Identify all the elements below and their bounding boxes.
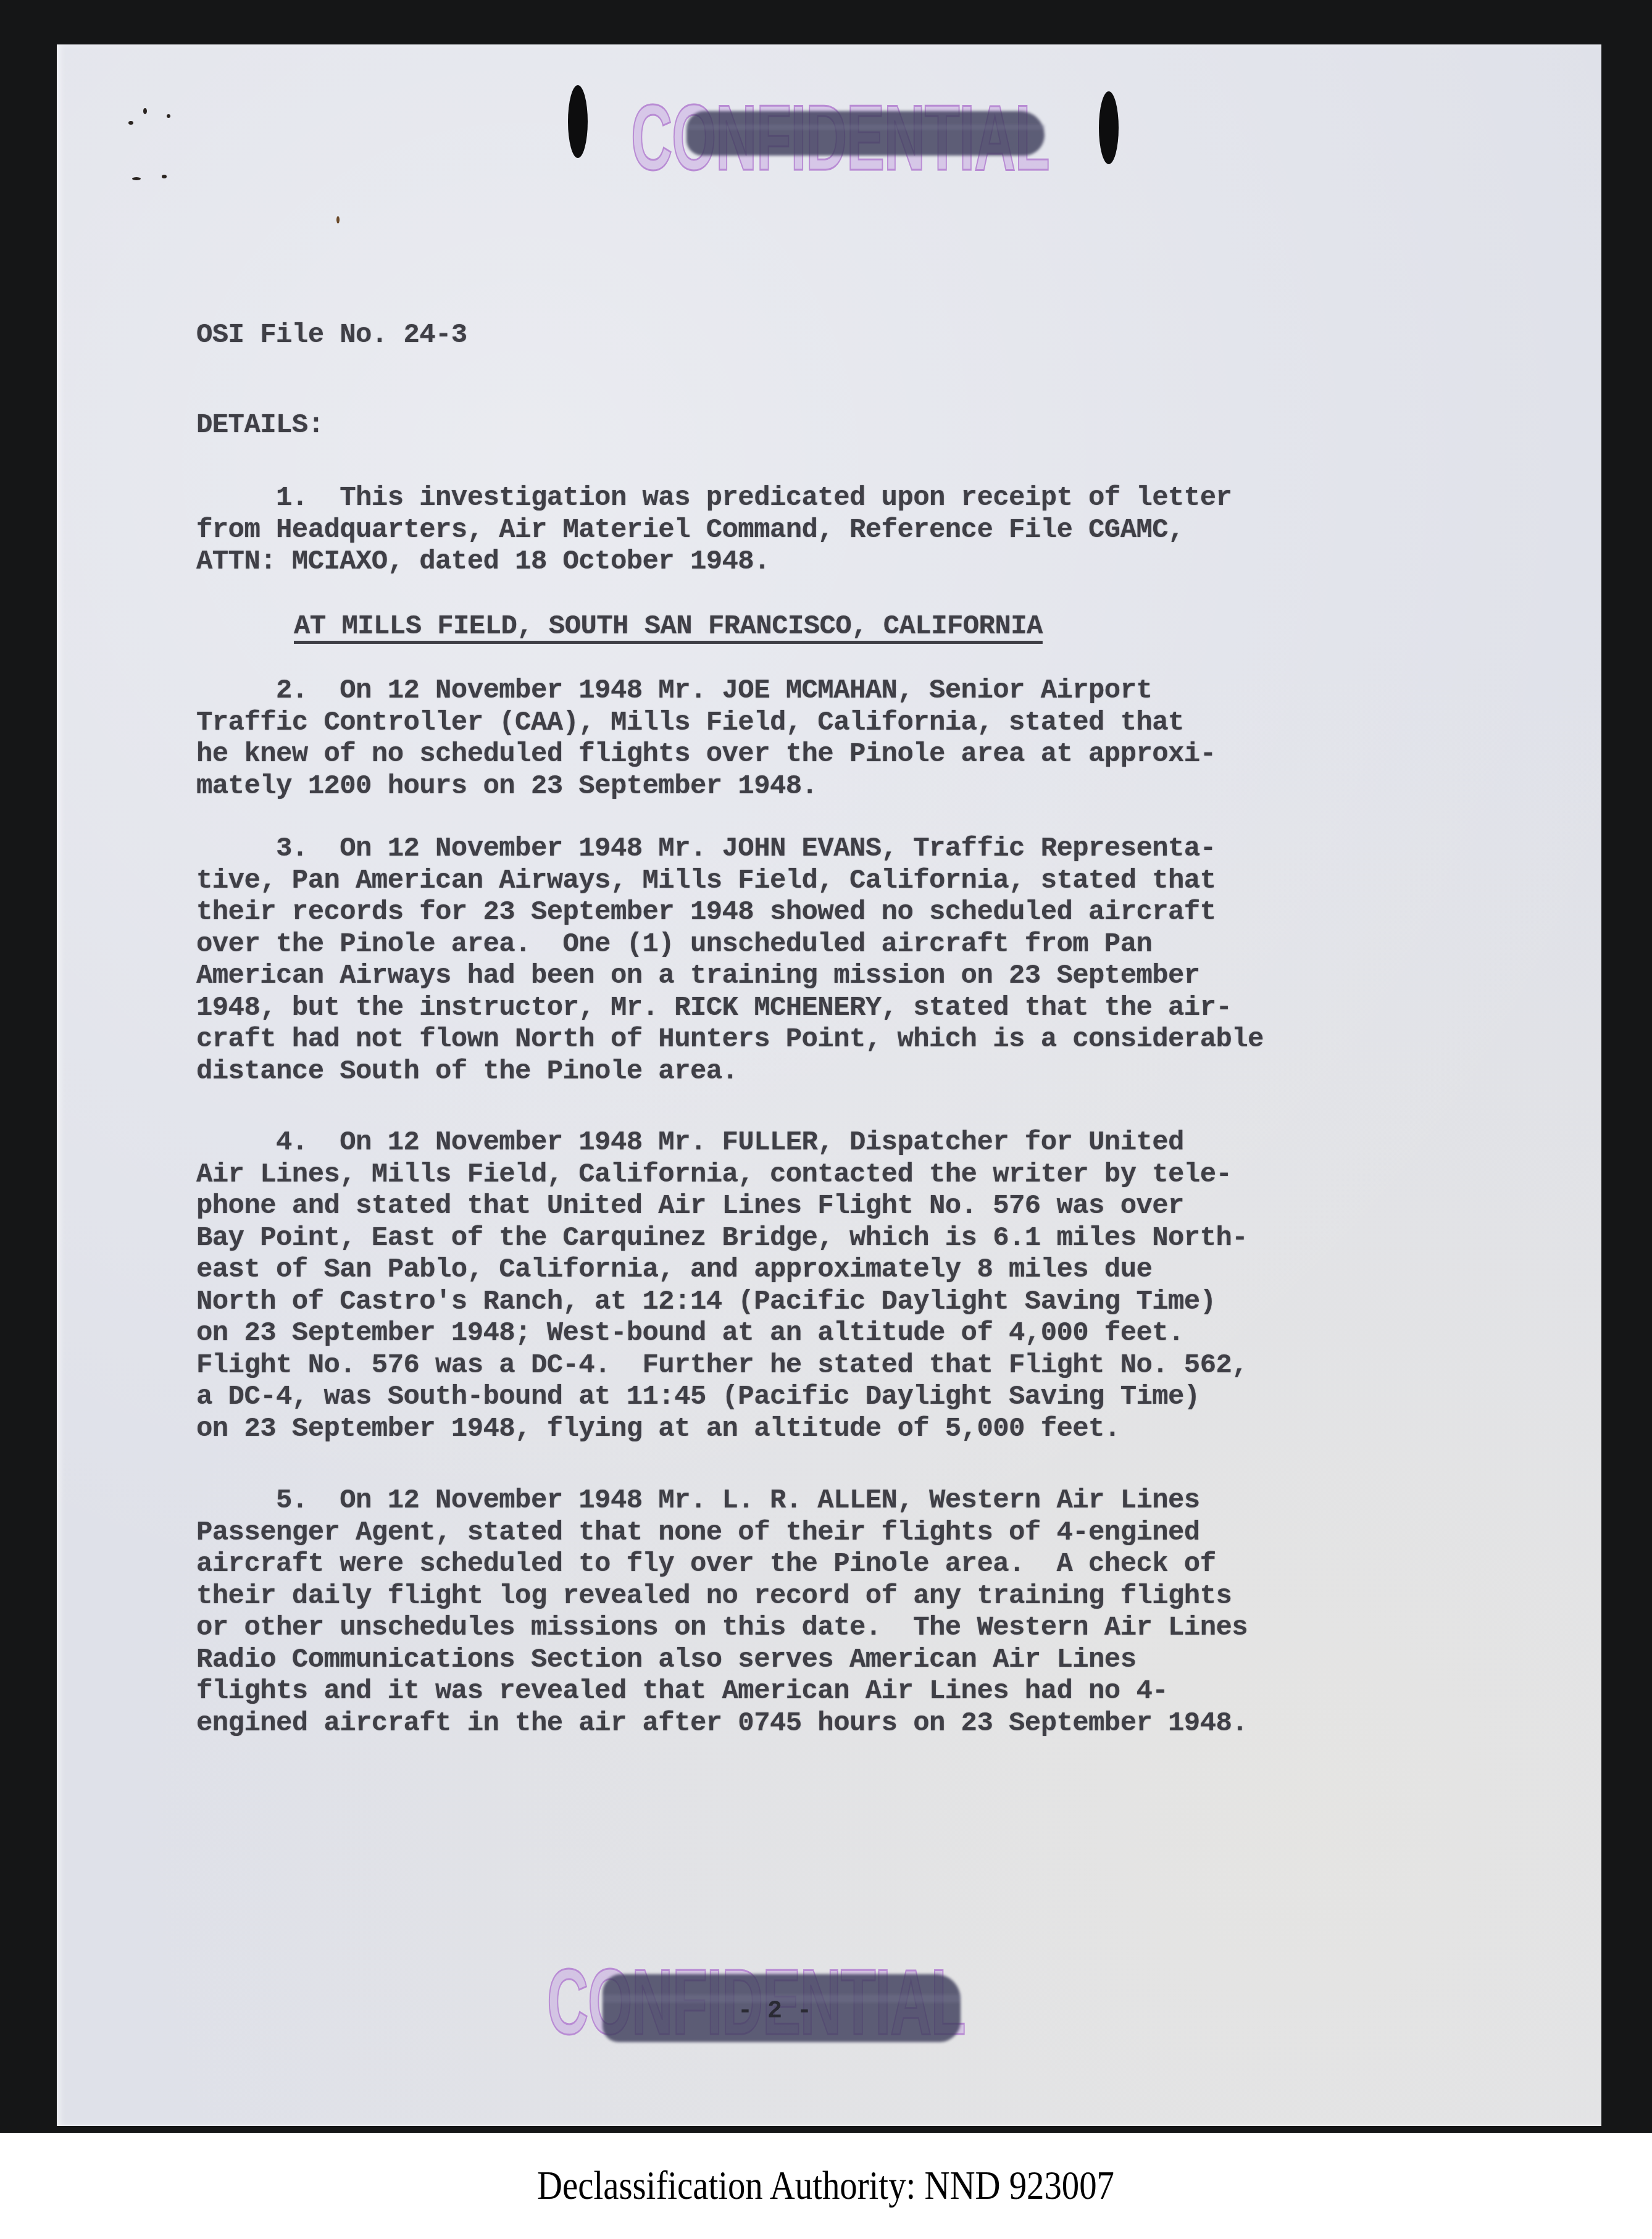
paragraph-line: engined aircraft in the air after 0745 h… xyxy=(196,1708,1248,1740)
paper-speck xyxy=(128,121,133,125)
paragraph-line: distance South of the Pinole area. xyxy=(196,1056,1264,1088)
paragraph-line: North of Castro's Ranch, at 12:14 (Pacif… xyxy=(196,1286,1248,1319)
punch-hole-left xyxy=(568,85,588,158)
paragraph-3: 3. On 12 November 1948 Mr. JOHN EVANS, T… xyxy=(196,833,1264,1088)
paragraph-line: Radio Communications Section also serves… xyxy=(196,1645,1248,1677)
paragraph-line: or other unschedules missions on this da… xyxy=(196,1612,1248,1645)
paragraph-line: phone and stated that United Air Lines F… xyxy=(196,1191,1248,1223)
paragraph-line: from Headquarters, Air Materiel Command,… xyxy=(196,515,1232,547)
paragraph-4: 4. On 12 November 1948 Mr. FULLER, Dispa… xyxy=(196,1127,1248,1445)
paper-speck xyxy=(143,108,147,114)
punch-hole-right xyxy=(1099,91,1119,164)
footer-band: Declassification Authority: NND 923007 xyxy=(0,2133,1652,2239)
paragraph-line: 5. On 12 November 1948 Mr. L. R. ALLEN, … xyxy=(196,1485,1248,1517)
paragraph-line: craft had not flown North of Hunters Poi… xyxy=(196,1024,1264,1056)
paragraph-line: a DC-4, was South-bound at 11:45 (Pacifi… xyxy=(196,1382,1248,1414)
redaction-marker-top xyxy=(686,111,1045,156)
location-heading: AT MILLS FIELD, SOUTH SAN FRANCISCO, CAL… xyxy=(294,611,1043,643)
paragraph-5: 5. On 12 November 1948 Mr. L. R. ALLEN, … xyxy=(196,1485,1248,1740)
paragraph-line: their daily flight log revealed no recor… xyxy=(196,1581,1248,1613)
paragraph-line: American Airways had been on a training … xyxy=(196,961,1264,993)
declassification-authority: Declassification Authority: NND 923007 xyxy=(538,2162,1115,2209)
paragraph-line: tive, Pan American Airways, Mills Field,… xyxy=(196,865,1264,898)
file-number: OSI File No. 24-3 xyxy=(196,320,467,352)
paragraph-1: 1. This investigation was predicated upo… xyxy=(196,483,1232,578)
paragraph-line: on 23 September 1948, flying at an altit… xyxy=(196,1414,1248,1446)
paragraph-line: over the Pinole area. One (1) unschedule… xyxy=(196,929,1264,961)
paragraph-line: Bay Point, East of the Carquinez Bridge,… xyxy=(196,1223,1248,1255)
paragraph-line: 3. On 12 November 1948 Mr. JOHN EVANS, T… xyxy=(196,833,1264,865)
page-number: - 2 - xyxy=(738,1998,812,2025)
paragraph-line: east of San Pablo, California, and appro… xyxy=(196,1254,1248,1286)
paragraph-line: 1. This investigation was predicated upo… xyxy=(196,483,1232,515)
paragraph-line: Flight No. 576 was a DC-4. Further he st… xyxy=(196,1350,1248,1382)
paragraph-line: flights and it was revealed that America… xyxy=(196,1676,1248,1708)
section-label-details: DETAILS: xyxy=(196,410,323,442)
paragraph-2: 2. On 12 November 1948 Mr. JOE MCMAHAN, … xyxy=(196,675,1216,803)
paragraph-line: 1948, but the instructor, Mr. RICK MCHEN… xyxy=(196,993,1264,1025)
paper-speck xyxy=(162,175,167,178)
paragraph-line: 4. On 12 November 1948 Mr. FULLER, Dispa… xyxy=(196,1127,1248,1159)
paragraph-line: Air Lines, Mills Field, California, cont… xyxy=(196,1159,1248,1191)
paper-speck xyxy=(167,114,170,118)
paragraph-line: he knew of no scheduled flights over the… xyxy=(196,739,1216,771)
paragraph-line: mately 1200 hours on 23 September 1948. xyxy=(196,771,1216,803)
paragraph-line: aircraft were scheduled to fly over the … xyxy=(196,1549,1248,1581)
paper-speck xyxy=(336,216,340,223)
paragraph-line: their records for 23 September 1948 show… xyxy=(196,897,1264,929)
paragraph-line: on 23 September 1948; West-bound at an a… xyxy=(196,1318,1248,1350)
paragraph-line: Passenger Agent, stated that none of the… xyxy=(196,1517,1248,1549)
paragraph-line: ATTN: MCIAXO, dated 18 October 1948. xyxy=(196,546,1232,578)
paragraph-line: Traffic Controller (CAA), Mills Field, C… xyxy=(196,707,1216,740)
paper-speck xyxy=(132,177,141,180)
paragraph-line: 2. On 12 November 1948 Mr. JOE MCMAHAN, … xyxy=(196,675,1216,707)
